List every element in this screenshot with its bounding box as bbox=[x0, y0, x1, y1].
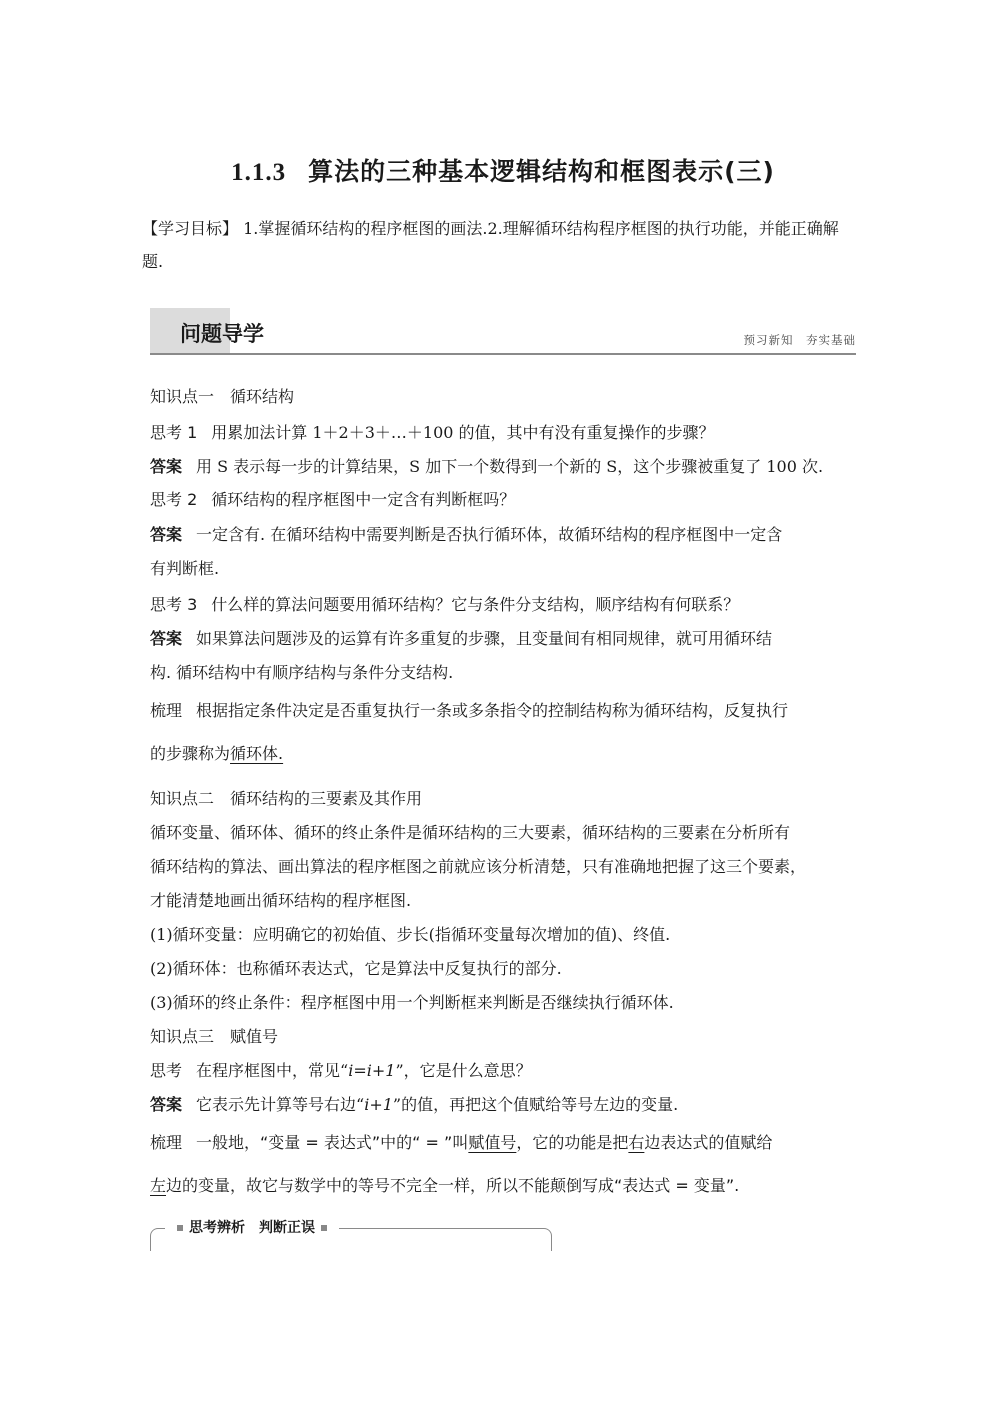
think-label: 思考 2 bbox=[150, 490, 197, 509]
box-header: 思考辨析 判断正误 bbox=[165, 1217, 339, 1237]
kp1-think2: 思考 2循环结构的程序框图中一定含有判断框吗？ bbox=[150, 487, 856, 510]
fill-blank: 赋值号 bbox=[468, 1133, 516, 1152]
answer-text: 它表示先计算等号右边“ bbox=[196, 1095, 364, 1114]
kp3-summary-cont: 左边的变量，故它与数学中的等号不完全一样，所以不能颠倒写成“表达式 = 变量”. bbox=[150, 1173, 856, 1196]
answer-text: 一定含有. 在循环结构中需要判断是否执行循环体，故循环结构的程序框图中一定含 bbox=[196, 525, 782, 544]
answer-label: 答案 bbox=[150, 457, 182, 476]
kp1-ans1: 答案用 S 表示每一步的计算结果，S 加下一个数得到一个新的 S，这个步骤被重复… bbox=[150, 454, 856, 477]
answer-label: 答案 bbox=[150, 1095, 182, 1114]
answer-label: 答案 bbox=[150, 525, 182, 544]
think-text: 什么样的算法问题要用循环结构？它与条件分支结构，顺序结构有何联系？ bbox=[211, 595, 739, 614]
kp1-ans2-cont: 有判断框. bbox=[150, 556, 856, 579]
summary-label: 梳理 bbox=[150, 1133, 182, 1152]
title-text: 算法的三种基本逻辑结构和框图表示(三) bbox=[308, 157, 775, 186]
section-title: 问题导学 bbox=[180, 318, 264, 348]
kp2-heading: 知识点二 循环结构的三要素及其作用 bbox=[150, 786, 856, 809]
think-label: 思考 bbox=[150, 1061, 182, 1080]
summary-text: 边的变量，故它与数学中的等号不完全一样，所以不能颠倒写成“表达式 = 变量”. bbox=[166, 1176, 739, 1195]
box-title: 思考辨析 判断正误 bbox=[189, 1220, 315, 1236]
kp1-summary: 梳理根据指定条件决定是否重复执行一条或多条指令的控制结构称为循环结构，反复执行 bbox=[150, 698, 856, 721]
kp3-summary: 梳理一般地，“变量 = 表达式”中的“ = ”叫赋值号，它的功能是把右边表达式的… bbox=[150, 1130, 856, 1153]
fill-blank: 右 bbox=[628, 1133, 644, 1152]
section-number: 1.1.3 bbox=[231, 159, 286, 186]
square-bullet-icon bbox=[177, 1225, 183, 1231]
kp1-heading: 知识点一 循环结构 bbox=[150, 384, 856, 407]
answer-text: ”的值，再把这个值赋给等号左边的变量. bbox=[393, 1095, 678, 1114]
kp1-summary-cont: 的步骤称为循环体. bbox=[150, 741, 856, 764]
think-text: 在程序框图中，常见“ bbox=[196, 1061, 348, 1080]
fill-blank: 循环体. bbox=[230, 744, 283, 763]
learning-goals: 【学习目标】 1.掌握循环结构的程序框图的画法.2.理解循环结构程序框图的执行功… bbox=[142, 212, 854, 278]
think-text: 循环结构的程序框图中一定含有判断框吗？ bbox=[211, 490, 515, 509]
kp2-item-3: (3)循环的终止条件：程序框图中用一个判断框来判断是否继续执行循环体. bbox=[150, 990, 856, 1013]
answer-text: 如果算法问题涉及的运算有许多重复的步骤，且变量间有相同规律，就可用循环结 bbox=[196, 629, 772, 648]
summary-label: 梳理 bbox=[150, 701, 182, 720]
kp2-paragraph-3: 才能清楚地画出循环结构的程序框图. bbox=[150, 888, 856, 911]
fill-blank: 左 bbox=[150, 1176, 166, 1195]
math-expression: i+1 bbox=[364, 1095, 393, 1114]
answer-text: 用 S 表示每一步的计算结果，S 加下一个数得到一个新的 S，这个步骤被重复了 … bbox=[196, 457, 823, 476]
section-header: 问题导学 预习新知 夯实基础 bbox=[150, 308, 856, 355]
think-label: 思考 1 bbox=[150, 423, 197, 442]
section-tag: 预习新知 夯实基础 bbox=[744, 332, 857, 348]
kp1-think1: 思考 1用累加法计算 1＋2＋3＋…＋100 的值，其中有没有重复操作的步骤？ bbox=[150, 420, 856, 443]
page-title: 1.1.3算法的三种基本逻辑结构和框图表示(三) bbox=[150, 152, 856, 188]
goals-text: 1.掌握循环结构的程序框图的画法.2.理解循环结构程序框图的执行功能，并能正确解… bbox=[142, 219, 839, 271]
kp3-think: 思考在程序框图中，常见“i=i+1”，它是什么意思？ bbox=[150, 1058, 856, 1081]
kp1-ans2: 答案一定含有. 在循环结构中需要判断是否执行循环体，故循环结构的程序框图中一定含 bbox=[150, 522, 856, 545]
kp2-paragraph-1: 循环变量、循环体、循环的终止条件是循环结构的三大要素，循环结构的三要素在分析所有 bbox=[150, 820, 856, 843]
kp1-think3: 思考 3什么样的算法问题要用循环结构？它与条件分支结构，顺序结构有何联系？ bbox=[150, 592, 856, 615]
think-label: 思考 3 bbox=[150, 595, 197, 614]
answer-label: 答案 bbox=[150, 629, 182, 648]
kp2-item-1: (1)循环变量：应明确它的初始值、步长(指循环变量每次增加的值)、终值. bbox=[150, 922, 856, 945]
math-expression: i=i+1 bbox=[348, 1061, 395, 1080]
summary-text: 边表达式的值赋给 bbox=[644, 1133, 772, 1152]
kp3-heading: 知识点三 赋值号 bbox=[150, 1024, 856, 1047]
square-bullet-icon bbox=[321, 1225, 327, 1231]
think-text: ”，它是什么意思？ bbox=[395, 1061, 531, 1080]
think-text: 用累加法计算 1＋2＋3＋…＋100 的值，其中有没有重复操作的步骤？ bbox=[211, 423, 714, 442]
think-discriminate-box: 思考辨析 判断正误 bbox=[150, 1228, 552, 1251]
kp1-ans3: 答案如果算法问题涉及的运算有许多重复的步骤，且变量间有相同规律，就可用循环结 bbox=[150, 626, 856, 649]
goals-label: 【学习目标】 bbox=[142, 219, 238, 238]
kp2-item-2: (2)循环体：也称循环表达式，它是算法中反复执行的部分. bbox=[150, 956, 856, 979]
summary-text: 一般地，“变量 = 表达式”中的“ = ”叫 bbox=[196, 1133, 468, 1152]
kp1-ans3-cont: 构. 循环结构中有顺序结构与条件分支结构. bbox=[150, 660, 856, 683]
kp3-answer: 答案它表示先计算等号右边“i+1”的值，再把这个值赋给等号左边的变量. bbox=[150, 1092, 856, 1115]
kp2-paragraph-2: 循环结构的算法、画出算法的程序框图之前就应该分析清楚，只有准确地把握了这三个要素… bbox=[150, 854, 856, 877]
summary-text: 的步骤称为 bbox=[150, 744, 230, 763]
summary-text: ，它的功能是把 bbox=[516, 1133, 628, 1152]
summary-text: 根据指定条件决定是否重复执行一条或多条指令的控制结构称为循环结构，反复执行 bbox=[196, 701, 788, 720]
